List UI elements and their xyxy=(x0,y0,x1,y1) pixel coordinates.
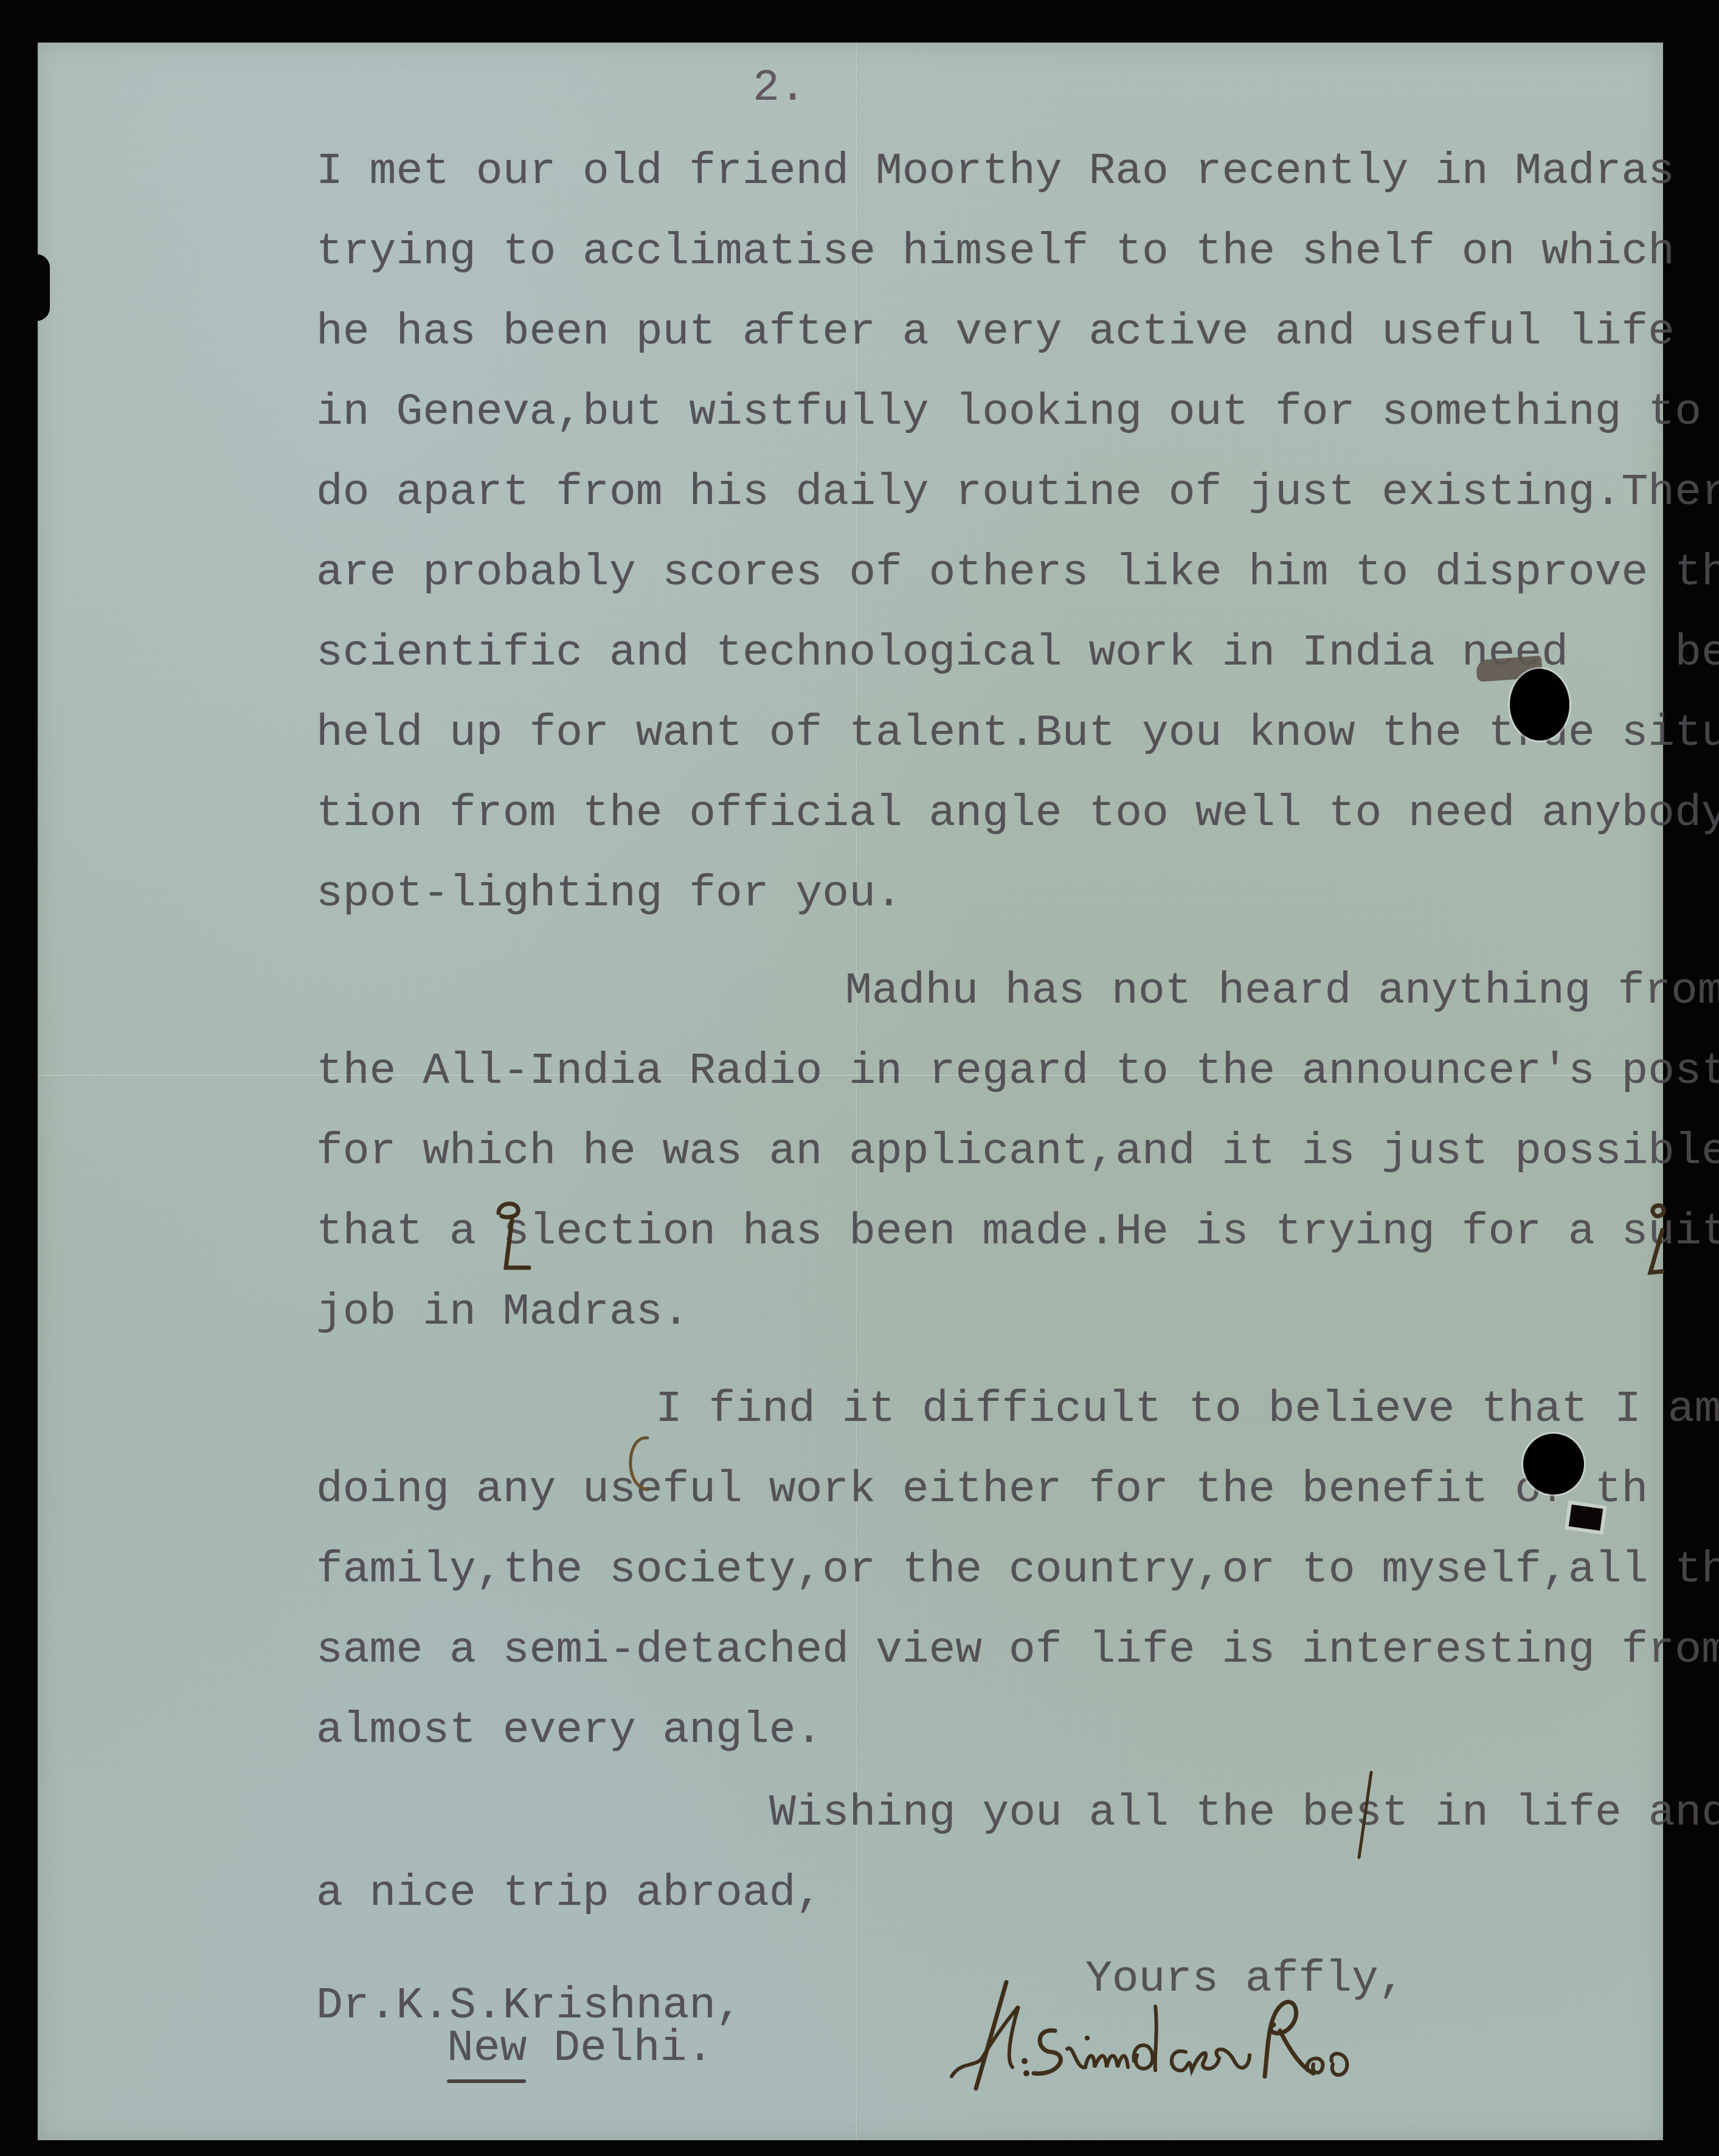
paragraph-1-line-9: tion from the official angle too well to… xyxy=(316,791,1719,835)
page-number: 2. xyxy=(753,66,806,110)
paragraph-2-line-2: the All-India Radio in regard to the ann… xyxy=(316,1049,1719,1093)
paragraph-1-line-8: held up for want of talent.But you know … xyxy=(316,711,1719,755)
punch-hole-upper xyxy=(1510,669,1569,741)
paper-edge-tear xyxy=(36,254,50,321)
paragraph-2-line-1: Madhu has not heard anything from xyxy=(845,969,1719,1013)
paragraph-1-line-4: in Geneva,but wistfully looking out for … xyxy=(316,390,1701,434)
handwritten-loop-useful xyxy=(620,1429,657,1496)
paragraph-3-line-5: almost every angle. xyxy=(316,1708,822,1752)
paragraph-3-line-4: same a semi-detached view of life is int… xyxy=(316,1628,1719,1672)
paragraph-4-line-2: a nice trip abroad, xyxy=(316,1871,822,1915)
handwritten-correction-selection xyxy=(493,1201,541,1280)
addressee-city: New Delhi. xyxy=(447,2026,713,2070)
handwritten-correction-suitable xyxy=(1642,1201,1666,1280)
address-underline-mark xyxy=(447,2079,526,2083)
paper-tear xyxy=(1569,1505,1603,1531)
paragraph-2-line-5: job in Madras. xyxy=(316,1290,689,1334)
paragraph-3-line-1: I find it difficult to believe that I am xyxy=(655,1387,1719,1431)
paragraph-2-line-3: for which he was an applicant,and it is … xyxy=(316,1129,1719,1173)
paragraph-1-line-10: spot-lighting for you. xyxy=(316,871,902,916)
paragraph-1-line-2: trying to acclimatise himself to the she… xyxy=(316,229,1675,274)
paragraph-1-line-6: are probably scores of others like him t… xyxy=(316,550,1719,595)
paragraph-4-line-1: Wishing you all the best in life and xyxy=(769,1791,1719,1835)
paragraph-3-line-3: family,the society,or the country,or to … xyxy=(316,1547,1719,1592)
addressee-name: Dr.K.S.Krishnan, xyxy=(316,1983,742,2028)
paragraph-1-line-1: I met our old friend Moorthy Rao recentl… xyxy=(316,149,1675,193)
paragraph-1-line-5: do apart from his daily routine of just … xyxy=(316,470,1719,514)
paragraph-3-line-2: doing any useful work either for the ben… xyxy=(316,1467,1648,1512)
punch-hole-lower xyxy=(1523,1434,1584,1494)
handwritten-word-separator xyxy=(1353,1769,1377,1861)
signature: H. Srinivasa Rao xyxy=(949,1970,1374,2092)
paragraph-1-line-3: he has been put after a very active and … xyxy=(316,309,1675,354)
